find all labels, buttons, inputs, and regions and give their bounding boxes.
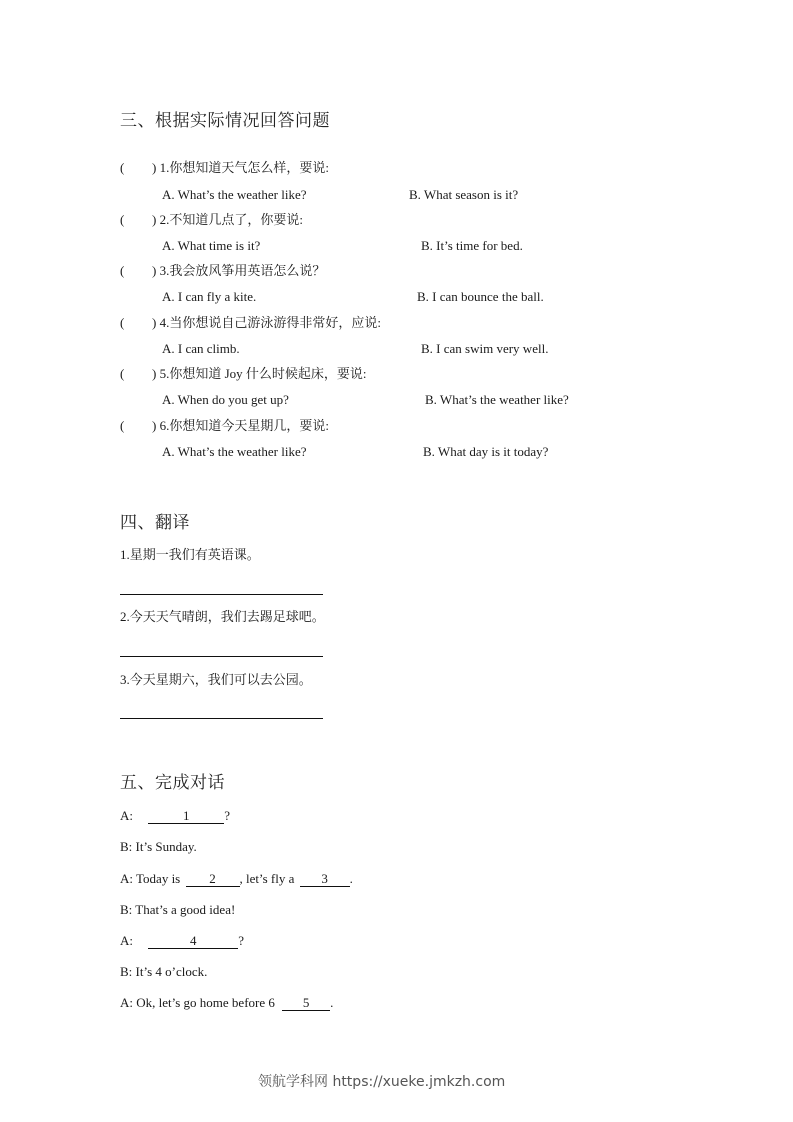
answer-paren-open[interactable]: ( bbox=[120, 315, 124, 331]
answer-line-2[interactable] bbox=[120, 656, 323, 657]
answer-line-1[interactable] bbox=[120, 594, 323, 595]
footer-watermark: 领航学科网 https://xueke.jmkzh.com bbox=[258, 1071, 505, 1091]
option-a: A. What’s the weather like? bbox=[162, 444, 307, 460]
option-b: B. What season is it? bbox=[409, 187, 518, 203]
question-stem: ) 3.我会放风筝用英语怎么说？ bbox=[152, 263, 325, 279]
question-stem: ) 4.当你想说自己游泳游得非常好，应说: bbox=[152, 315, 381, 331]
dialogue-line-4: B: That’s a good idea! bbox=[120, 902, 235, 918]
translation-item-2: 2.今天天气晴朗，我们去踢足球吧。 bbox=[120, 609, 325, 625]
blank-3[interactable]: 3 bbox=[300, 872, 350, 887]
answer-line-3[interactable] bbox=[120, 718, 323, 719]
option-a: A. When do you get up? bbox=[162, 392, 289, 408]
dialogue-line-1: A: 1? bbox=[120, 808, 230, 824]
blank-1[interactable]: 1 bbox=[148, 809, 224, 824]
question-stem: ) 5.你想知道 Joy 什么时候起床，要说: bbox=[152, 366, 367, 382]
blank-5[interactable]: 5 bbox=[282, 996, 330, 1011]
answer-paren-open[interactable]: ( bbox=[120, 418, 124, 434]
blank-4[interactable]: 4 bbox=[148, 934, 238, 949]
answer-paren-open[interactable]: ( bbox=[120, 212, 124, 228]
option-b: B. What day is it today? bbox=[423, 444, 548, 460]
answer-paren-open[interactable]: ( bbox=[120, 160, 124, 176]
question-stem: ) 2.不知道几点了，你要说: bbox=[152, 212, 303, 228]
dialogue-line-2: B: It’s Sunday. bbox=[120, 839, 197, 855]
translation-item-3: 3.今天星期六，我们可以去公园。 bbox=[120, 672, 312, 688]
option-a: A. What’s the weather like? bbox=[162, 187, 307, 203]
option-b: B. What’s the weather like? bbox=[425, 392, 569, 408]
section4-title: 四、翻译 bbox=[120, 508, 190, 533]
option-b: B. It’s time for bed. bbox=[421, 238, 523, 254]
answer-paren-open[interactable]: ( bbox=[120, 366, 124, 382]
option-b: B. I can bounce the ball. bbox=[417, 289, 544, 305]
answer-paren-open[interactable]: ( bbox=[120, 263, 124, 279]
section5-title: 五、完成对话 bbox=[120, 768, 225, 793]
option-a: A. What time is it? bbox=[162, 238, 260, 254]
option-a: A. I can climb. bbox=[162, 341, 240, 357]
section3-title: 三、根据实际情况回答问题 bbox=[120, 106, 330, 131]
dialogue-line-5: A: 4? bbox=[120, 933, 244, 949]
option-a: A. I can fly a kite. bbox=[162, 289, 256, 305]
question-stem: ) 1.你想知道天气怎么样，要说: bbox=[152, 160, 329, 176]
translation-item-1: 1.星期一我们有英语课。 bbox=[120, 547, 260, 563]
blank-2[interactable]: 2 bbox=[186, 872, 240, 887]
option-b: B. I can swim very well. bbox=[421, 341, 548, 357]
dialogue-line-6: B: It’s 4 o’clock. bbox=[120, 964, 207, 980]
question-stem: ) 6.你想知道今天星期几，要说: bbox=[152, 418, 329, 434]
dialogue-line-3: A: Today is 2, let’s fly a 3. bbox=[120, 871, 353, 887]
dialogue-line-7: A: Ok, let’s go home before 6 5. bbox=[120, 995, 333, 1011]
